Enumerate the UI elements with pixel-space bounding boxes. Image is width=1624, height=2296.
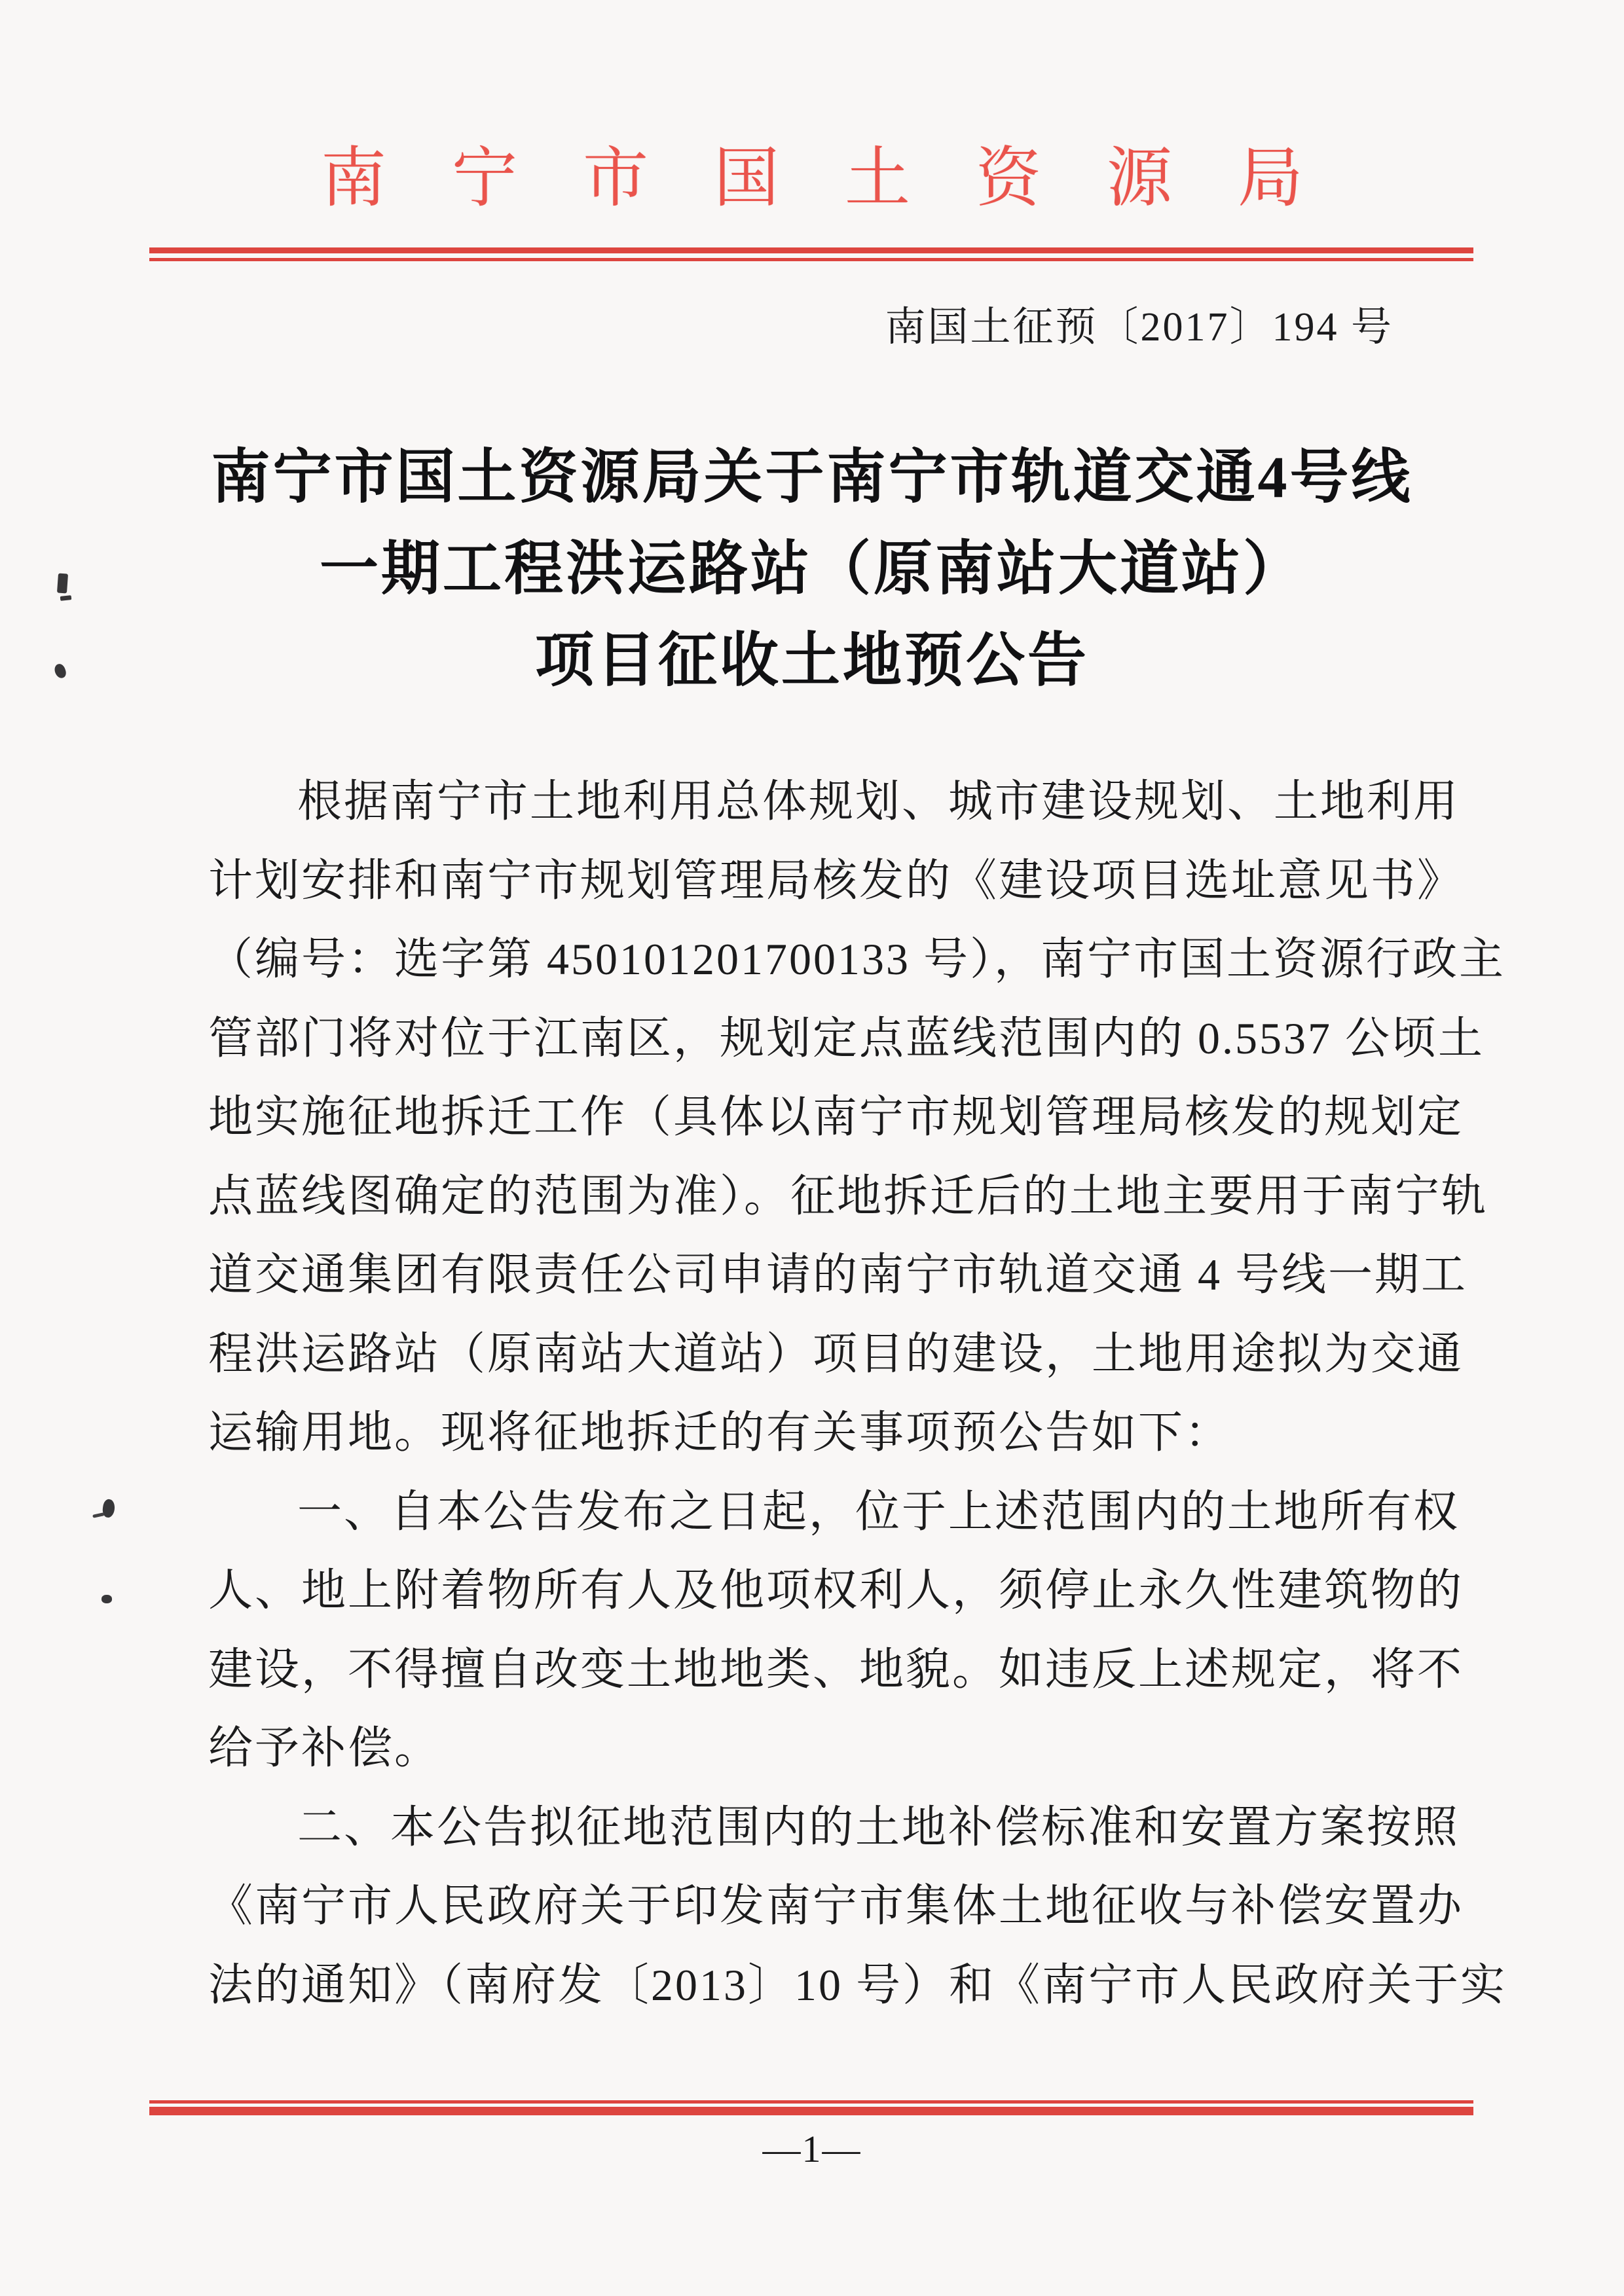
- bottom-rule-thin: [149, 2100, 1473, 2104]
- top-rule-thick: [149, 247, 1473, 253]
- body-line: 建设，不得擅自改变土地地类、地貌。如违反上述规定，将不: [208, 1630, 1412, 1709]
- ink-speck: [101, 1499, 116, 1518]
- body-line: 根据南宁市土地利用总体规划、城市建设规划、土地利用: [208, 762, 1412, 841]
- document-title: 南宁市国土资源局关于南宁市轨道交通4号线 一期工程洪运路站（原南站大道站） 项目…: [0, 432, 1624, 707]
- bottom-rule-thick: [149, 2107, 1473, 2115]
- ink-speck: [101, 1595, 112, 1603]
- body-line: 计划安排和南宁市规划管理局核发的《建设项目选址意见书》: [208, 841, 1412, 920]
- title-line-1: 南宁市国土资源局关于南宁市轨道交通4号线: [0, 432, 1624, 524]
- body-paragraphs: 根据南宁市土地利用总体规划、城市建设规划、土地利用 计划安排和南宁市规划管理局核…: [208, 762, 1412, 2024]
- agency-header-text: 南宁市国土资源局: [321, 142, 1369, 215]
- body-line: 二、本公告拟征地范围内的土地补偿标准和安置方案按照: [208, 1788, 1412, 1867]
- agency-header: 南宁市国土资源局: [0, 140, 1624, 217]
- scanned-document-page: 南宁市国土资源局 南国土征预〔2017〕194 号 南宁市国土资源局关于南宁市轨…: [0, 0, 1624, 2296]
- body-line: 《南宁市人民政府关于印发南宁市集体土地征收与补偿安置办: [208, 1867, 1412, 1946]
- ink-speck: [57, 574, 68, 594]
- body-line: 道交通集团有限责任公司申请的南宁市轨道交通 4 号线一期工: [208, 1235, 1412, 1315]
- body-line: 运输用地。现将征地拆迁的有关事项预公告如下：: [208, 1393, 1412, 1472]
- body-line: 管部门将对位于江南区，规划定点蓝线范围内的 0.5537 公顷土: [208, 999, 1412, 1078]
- title-line-3: 项目征收土地预公告: [0, 615, 1624, 707]
- body-line: 人、地上附着物所有人及他项权利人，须停止永久性建筑物的: [208, 1551, 1412, 1630]
- top-rule-thin: [149, 258, 1473, 261]
- body-line: 法的通知》（南府发〔2013〕10 号）和《南宁市人民政府关于实: [208, 1946, 1412, 2025]
- body-line: （编号：选字第 450101201700133 号），南宁市国土资源行政主: [208, 920, 1412, 999]
- page-number: —1—: [0, 2126, 1624, 2172]
- doc-reference-number: 南国土征预〔2017〕194 号: [885, 300, 1393, 355]
- body-line: 点蓝线图确定的范围为准）。征地拆迁后的土地主要用于南宁轨: [208, 1157, 1412, 1236]
- title-line-2: 一期工程洪运路站（原南站大道站）: [0, 524, 1624, 615]
- body-line: 给予补偿。: [208, 1709, 1412, 1788]
- body-line: 一、自本公告发布之日起，位于上述范围内的土地所有权: [208, 1472, 1412, 1552]
- body-line: 地实施征地拆迁工作（具体以南宁市规划管理局核发的规划定: [208, 1078, 1412, 1157]
- body-line: 程洪运路站（原南站大道站）项目的建设，土地用途拟为交通: [208, 1315, 1412, 1394]
